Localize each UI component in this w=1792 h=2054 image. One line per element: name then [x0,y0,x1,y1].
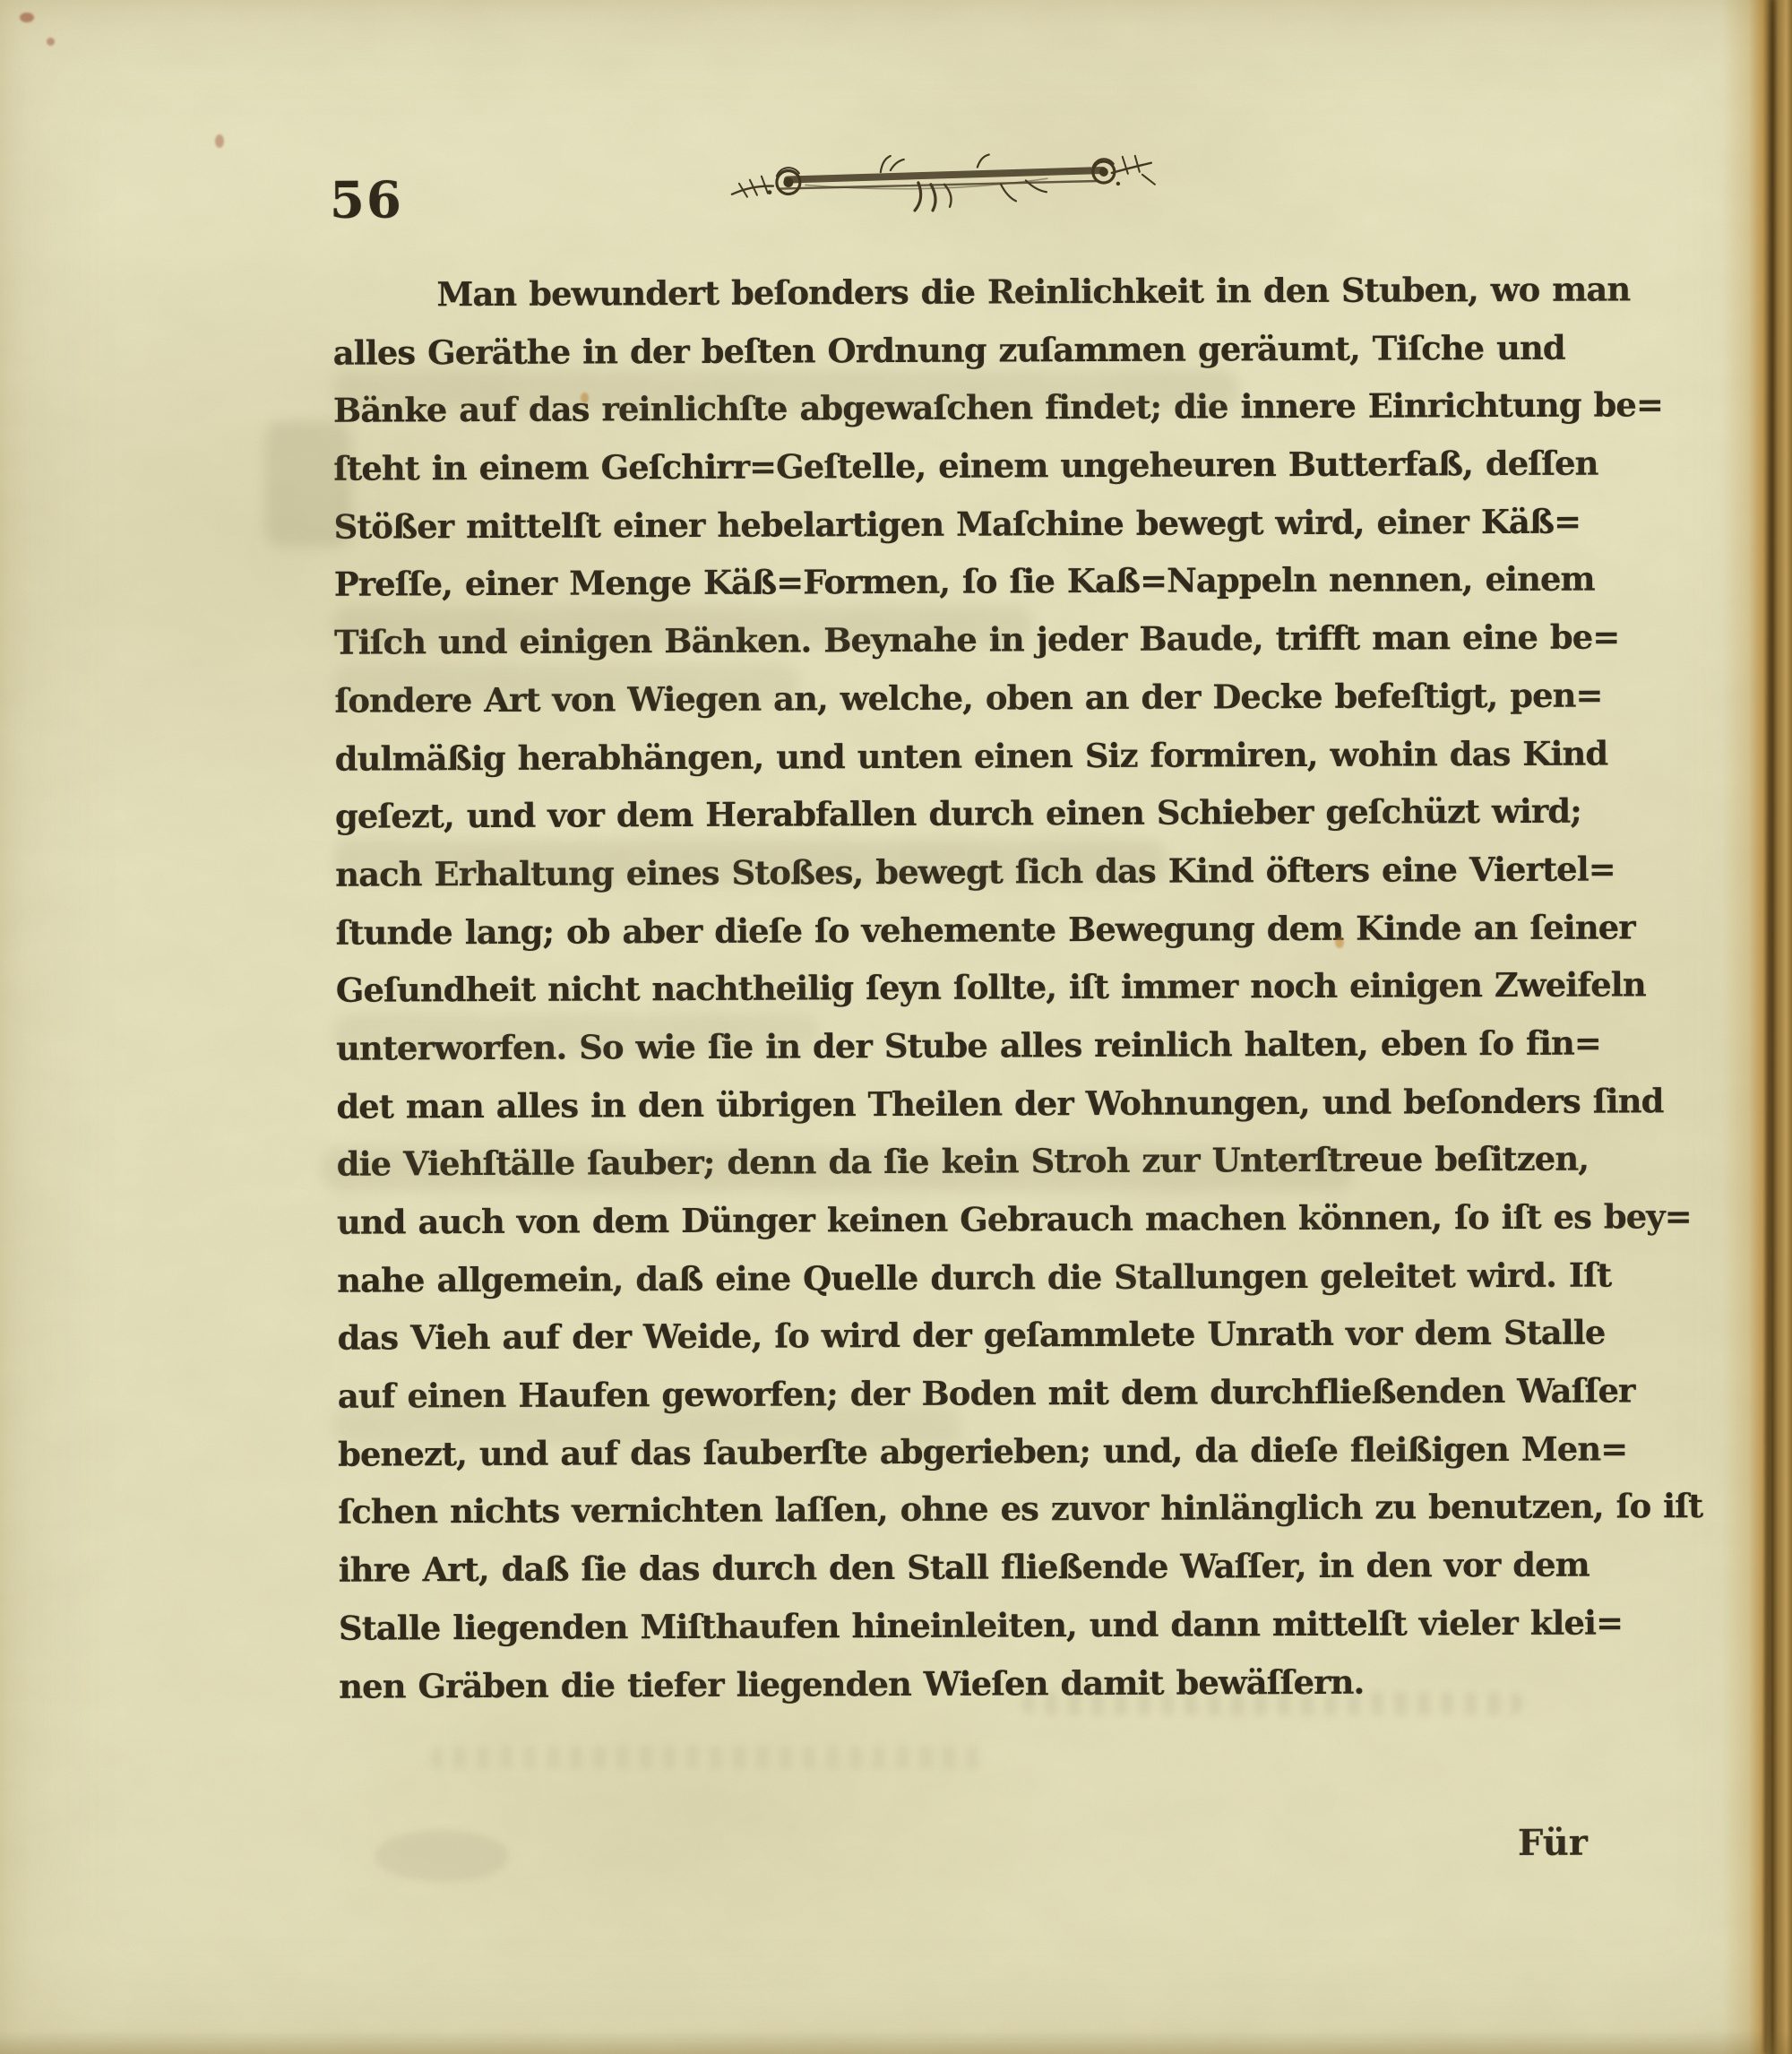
body-text-line: und auch von dem Dünger keinen Gebrauch … [337,1188,1566,1252]
body-text-line: auf einen Haufen geworfen; der Boden mit… [338,1362,1567,1426]
body-text-line: ſteht in einem Geſchirr=Geſtelle, einem … [333,435,1563,498]
body-text-line: Geſundheit nicht nachtheilig ſeyn ſollte… [336,956,1565,1020]
book-page: 56 [0,0,1792,2054]
body-text-line: nahe allgemein, daß eine Quelle durch di… [337,1246,1566,1309]
body-text-line: Stößer mittelſt einer hebelartigen Maſch… [333,492,1563,556]
body-text-line: benezt, und auf das ſauberſte abgerieben… [338,1420,1567,1483]
body-text-line: nen Gräben die tiefer liegenden Wieſen d… [339,1652,1568,1715]
body-text-line: Bänke auf das reinlichſte abgewaſchen fi… [333,376,1563,440]
body-text-line: ihre Art, daß ſie das durch den Stall fl… [338,1536,1567,1600]
body-text-line: ſondere Art von Wiegen an, welche, oben … [334,667,1564,730]
body-text-line: unterworfen. So wie ſie in der Stube all… [336,1014,1565,1078]
body-text-line: alles Geräthe in der beſten Ordnung zuſa… [333,318,1563,382]
body-text-line: Preſſe, einer Menge Käß=Formen, ſo ſie K… [334,550,1564,614]
body-text-line: ſchen nichts vernichten laſſen, ohne es … [338,1478,1567,1541]
body-text: Man bewundert beſonders die Reinlichkeit… [332,261,1568,1715]
body-text-line: det man alles in den übrigen Theilen der… [336,1072,1565,1135]
page-content: 56 [0,0,1792,2054]
body-text-line: die Viehſtälle ſauber; denn da ſie kein … [337,1130,1566,1194]
page-number: 56 [330,170,403,229]
catchword: Für [1518,1822,1588,1864]
body-text-line: Man bewundert beſonders die Reinlichkeit… [332,261,1562,324]
body-text-line: das Vieh auf der Weide, ſo wird der geſa… [337,1304,1566,1368]
body-text-line: ſtunde lang; ob aber dieſe ſo vehemente … [335,898,1564,962]
body-text-line: Tiſch und einigen Bänken. Beynahe in jed… [334,608,1564,672]
floral-rule-ornament [718,139,1166,226]
body-text-line: geſezt, und vor dem Herabfallen durch ei… [335,782,1564,846]
body-text-line: nach Erhaltung eines Stoßes, bewegt ſich… [335,841,1564,904]
body-text-line: dulmäßig herabhängen, und unten einen Si… [335,724,1564,788]
body-text-line: Stalle liegenden Miſthaufen hineinleiten… [339,1594,1568,1658]
